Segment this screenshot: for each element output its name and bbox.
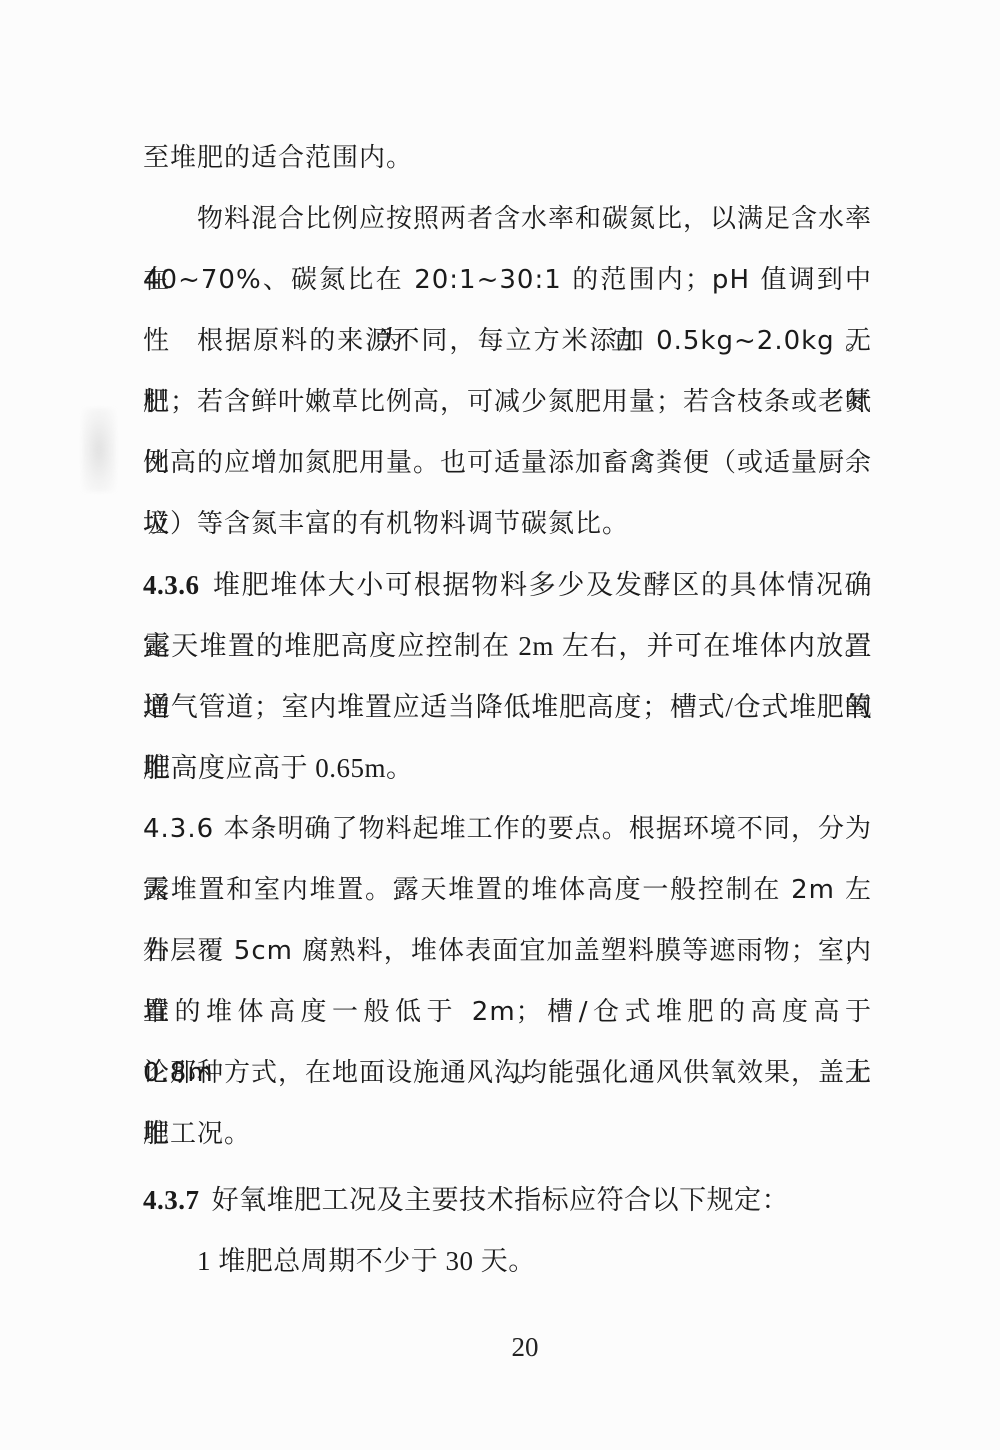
section-number: 4.3.6 bbox=[143, 570, 200, 600]
scan-smudge-artifact bbox=[82, 408, 116, 492]
section-heading-text: 好氧堆肥工况及主要技术指标应符合以下规定： bbox=[212, 1185, 790, 1215]
text-line: 肥工况。 bbox=[143, 1104, 872, 1165]
text-line: 肥高度应高于 0.65m。 bbox=[143, 738, 872, 799]
section-heading-4-3-7: 4.3.7好氧堆肥工况及主要技术指标应符合以下规定： bbox=[143, 1170, 872, 1231]
text-line: 论那种方式，在地面设施通风沟均能强化通风供氧效果，盖上堆 bbox=[143, 1043, 872, 1104]
page-number: 20 bbox=[0, 1332, 1000, 1363]
text-column: 至堆肥的适合范围内。 物料混合比例应按照两者含水率和碳氮比，以满足含水率在 40… bbox=[143, 128, 872, 1292]
text-line: 根据原料的来源不同，每立方米添加 0.5kg~2.0kg 无机氮 bbox=[143, 311, 872, 372]
list-item-1: 1 堆肥总周期不少于 30 天。 bbox=[143, 1231, 872, 1292]
text-line: 通气管道；室内堆置应适当降低堆肥高度；槽式/仓式堆肥的堆 bbox=[143, 677, 872, 738]
text-line: 圾）等含氮丰富的有机物料调节碳氮比。 bbox=[143, 494, 872, 555]
commentary-line-4-3-6: 4.3.6 本条明确了物料起堆工作的要点。根据环境不同，分为露 bbox=[143, 799, 872, 860]
text-line: 例高的应增加氮肥用量。也可适量添加畜禽粪便（或适量厨余垃 bbox=[143, 433, 872, 494]
text-line: 物料混合比例应按照两者含水率和碳氮比，以满足含水率在 bbox=[143, 189, 872, 250]
section-number: 4.3.7 bbox=[143, 1185, 200, 1215]
document-page: 至堆肥的适合范围内。 物料混合比例应按照两者含水率和碳氮比，以满足含水率在 40… bbox=[0, 0, 1000, 1450]
text-line: 至堆肥的适合范围内。 bbox=[143, 128, 872, 189]
text-line: 外层覆 5cm 腐熟料，堆体表面宜加盖塑料膜等遮雨物；室内堆 bbox=[143, 921, 872, 982]
section-heading-4-3-6: 4.3.6堆肥堆体大小可根据物料多少及发酵区的具体情况确定。 bbox=[143, 555, 872, 616]
text-line: 置的堆体高度一般低于 2m；槽/仓式堆肥的高度高于 0.8m。无 bbox=[143, 982, 872, 1043]
text-line: 40~70%、碳氮比在 20:1~30:1 的范围内；pH 值调到中性为宜。 bbox=[143, 250, 872, 311]
text-line: 露天堆置的堆肥高度应控制在 2m 左右，并可在堆体内放置增氧 bbox=[143, 616, 872, 677]
text-line: 天堆置和室内堆置。露天堆置的堆体高度一般控制在 2m 左右， bbox=[143, 860, 872, 921]
text-line: 肥；若含鲜叶嫩草比例高，可减少氮肥用量；若含枝条或老叶比 bbox=[143, 372, 872, 433]
